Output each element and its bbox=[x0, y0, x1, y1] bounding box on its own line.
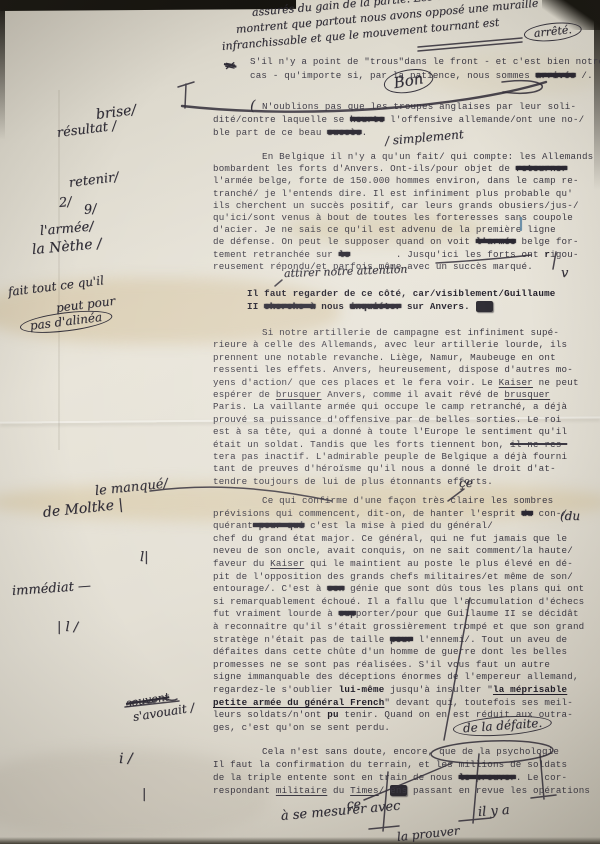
paper-crease bbox=[58, 90, 60, 450]
ink-loop bbox=[502, 81, 542, 94]
typed-line: promesses ne se sont pas réalisées. S'il… bbox=[213, 659, 550, 670]
handwritten-note: / simplement bbox=[384, 127, 464, 148]
handwritten-note: à se mesurer avec bbox=[280, 799, 401, 824]
handwritten-note: | bbox=[142, 787, 146, 802]
typed-line: de la triple entente sont en train de no… bbox=[213, 772, 567, 783]
typed-line: Il faut la confirmation du terrain, et l… bbox=[213, 759, 567, 770]
typed-line: prennent une notable revanche. Liège, Na… bbox=[213, 352, 556, 363]
typed-line: rieure à celle des Allemands, avec leur … bbox=[213, 339, 567, 350]
handwritten-note: v bbox=[561, 266, 568, 281]
typed-line: signe immanquable des déceptions énormes… bbox=[213, 671, 579, 682]
typed-line: neveu de son oncle, avait conquis, on ne… bbox=[213, 545, 573, 556]
typed-line: fut vraiment lourde à supporter/pour que… bbox=[213, 608, 579, 619]
scan-edge bbox=[0, 0, 5, 140]
manuscript-page: S'il n'y a point de "trous"dans le front… bbox=[0, 0, 600, 844]
typed-line: l'armée belge, forte de 150.000 hommes e… bbox=[213, 175, 579, 186]
typed-line: tera pas inactif. L'admirable peuple de … bbox=[213, 451, 567, 462]
handwritten-note: de Moltke | bbox=[42, 497, 124, 521]
typed-line: bombardent les forts d'Anvers. Ont-ils/p… bbox=[213, 163, 567, 174]
handwritten-note: | l / bbox=[57, 620, 78, 635]
typed-line: stratège n'était pas de taille pour l'en… bbox=[213, 634, 567, 645]
handwritten-note: l'armée/ bbox=[39, 219, 94, 239]
handwritten-note: résultat / bbox=[56, 119, 117, 141]
typed-line: espérer de brusquer Anvers, comme il ava… bbox=[213, 389, 550, 400]
handwritten-note: pas d'alinéa bbox=[19, 307, 113, 337]
typed-line: N'oublions pas que les troupes anglaises… bbox=[262, 101, 576, 112]
typed-line: Cela n'est sans doute, encore, que de la… bbox=[262, 746, 559, 757]
typed-line: d'acier. Je ne sais ce qu'il est advenu … bbox=[213, 224, 556, 235]
typed-line: tranché/ je l'entends dire. Il est infin… bbox=[213, 188, 573, 199]
handwritten-note: ≠ bbox=[222, 55, 238, 75]
handwritten-note: le manqué/ bbox=[94, 476, 168, 499]
ink-underline bbox=[418, 38, 522, 47]
scan-edge bbox=[0, 837, 600, 844]
typed-line: Il faut regarder de ce côté, car/visible… bbox=[247, 288, 556, 299]
typed-line: regardez-le s'oublier lui-même jusqu'à i… bbox=[213, 684, 567, 695]
typed-line: si remarquablement échoué. Il a fallu qu… bbox=[213, 596, 584, 607]
typed-line: yens d'action/ que ces places et le fera… bbox=[213, 377, 579, 388]
typed-line: chef du grand état major. Ce général, qu… bbox=[213, 533, 567, 544]
typed-line: ble part de ce beau succès. bbox=[213, 127, 367, 138]
handwritten-note: la Nèthe / bbox=[31, 236, 102, 258]
typed-line: était un soldat. Tandis que les forts ti… bbox=[213, 439, 567, 450]
typed-line: II cherche à nous inquiéter sur Anvers. bbox=[247, 301, 493, 312]
ink-caret bbox=[275, 280, 282, 286]
typed-line: tement retranchée sur le . Jusqu'ici les… bbox=[213, 249, 579, 260]
typed-line: tant de preuves d'héroïsme qu'il nous a … bbox=[213, 463, 556, 474]
ink-underline bbox=[418, 42, 522, 51]
handwritten-note: ( bbox=[250, 98, 255, 114]
typed-line: dité/contre laquelle se heurte l'offensi… bbox=[213, 114, 584, 125]
typed-line: de défense. On peut le supposer quand on… bbox=[213, 236, 579, 247]
handwritten-note: il y a bbox=[477, 803, 510, 820]
typed-line: pit de l'opposition des grands chefs mil… bbox=[213, 571, 573, 582]
typed-line: En Belgique il n'y a qu'un fait/ qui com… bbox=[262, 151, 593, 162]
typed-line: petite armée du général French" devant q… bbox=[213, 697, 573, 708]
typed-line: ges, c'est qu'on se sent perdu. bbox=[213, 722, 390, 733]
typed-line: respondant militaire du Times/ ens passa… bbox=[213, 785, 590, 796]
typed-line: Paris. La vaillante armée qui occupe le … bbox=[213, 401, 567, 412]
handwritten-note: 2/ bbox=[58, 195, 72, 211]
handwritten-note: (du bbox=[560, 509, 580, 523]
typed-line: prévisions qui commencent, dit-on, de ha… bbox=[213, 508, 567, 519]
typed-line: entourage/. C'est à son génie que sont d… bbox=[213, 583, 584, 594]
typed-line: prouvé sa puissance d'offensive par de b… bbox=[213, 414, 562, 425]
handwritten-note: i / bbox=[119, 751, 133, 767]
typed-line: faveur du Kaiser qui le maintient au pos… bbox=[213, 558, 573, 569]
handwritten-note: immédiat — bbox=[11, 579, 91, 599]
typed-line: quérant pour qui c'est la mise à pied du… bbox=[213, 520, 493, 531]
handwritten-note: çe bbox=[459, 476, 473, 490]
scan-edge bbox=[594, 0, 600, 190]
handwritten-note: fait tout ce qu'il bbox=[7, 273, 105, 299]
handwritten-note: retenir/ bbox=[68, 170, 119, 191]
typed-line: ressenti les effets. Anvers, heureusemen… bbox=[213, 364, 573, 375]
typed-line: à reconnaître qu'il s'était grossièremen… bbox=[213, 621, 584, 632]
typed-line: Ce qui confirme d'une façon très claire … bbox=[262, 495, 553, 506]
typed-line: S'il n'y a point de "trous"dans le front… bbox=[250, 56, 600, 67]
typed-line: Si notre artillerie de campagne est infi… bbox=[262, 327, 559, 338]
handwritten-note: l| bbox=[140, 550, 149, 565]
typed-line: tendre toujours de lui de plus étonnants… bbox=[213, 476, 493, 487]
handwritten-note: arrêté. bbox=[523, 20, 583, 44]
handwritten-note: 9/ bbox=[83, 202, 97, 218]
typed-line: qu'ici/sont venus à bout de toutes les f… bbox=[213, 212, 573, 223]
typed-line: défaites dans cette chûte d'un homme de … bbox=[213, 646, 567, 657]
ink-caret bbox=[178, 82, 194, 108]
typed-line: est à sa tête, qui a donné à toute l'Eur… bbox=[213, 426, 567, 437]
typed-line: ils cherchent un succès positif, car leu… bbox=[213, 200, 579, 211]
